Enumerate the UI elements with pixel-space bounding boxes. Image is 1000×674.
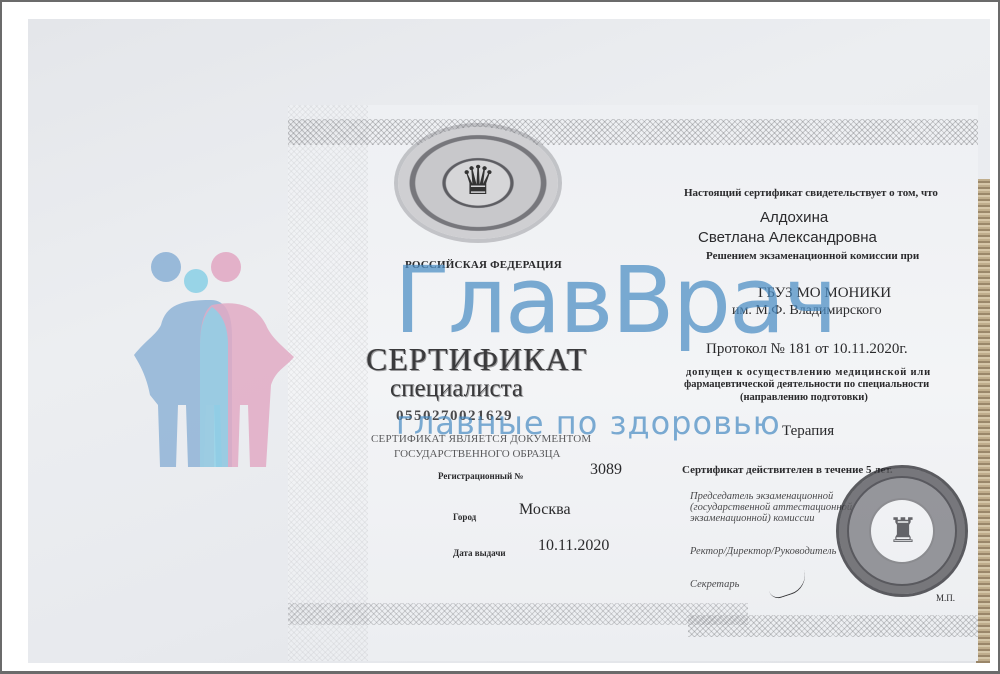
coat-of-arms-emblem: ♛ bbox=[398, 127, 558, 239]
watermark-title: ГлавВрач bbox=[394, 251, 836, 351]
admission-line3: (направлению подготовки) bbox=[740, 392, 868, 403]
image-frame: ♛ РОССИЙСКАЯ ФЕДЕРАЦИЯ СЕРТИФИКАТ специа… bbox=[0, 0, 1000, 674]
holder-surname: Алдохина bbox=[760, 209, 828, 226]
seal-mark: М.П. bbox=[936, 593, 955, 603]
rector-label: Ректор/Директор/Руководитель bbox=[690, 546, 836, 557]
holder-given-names: Светлана Александровна bbox=[698, 229, 877, 246]
glavvrach-logo-icon bbox=[116, 245, 326, 467]
admission-line2: фармацевтической деятельности по специал… bbox=[684, 379, 929, 390]
specialist-certificate: ♛ РОССИЙСКАЯ ФЕДЕРАЦИЯ СЕРТИФИКАТ специа… bbox=[288, 105, 978, 661]
document-note-line2: ГОСУДАРСТВЕННОГО ОБРАЗЦА bbox=[394, 448, 561, 460]
certificate-photo: ♛ РОССИЙСКАЯ ФЕДЕРАЦИЯ СЕРТИФИКАТ специа… bbox=[28, 19, 990, 663]
security-band-top bbox=[288, 119, 978, 145]
certificate-intro: Настоящий сертификат свидетельствует о т… bbox=[684, 187, 938, 199]
city-label: Город bbox=[453, 512, 476, 522]
issue-date-value: 10.11.2020 bbox=[538, 537, 609, 555]
admission-line1: допущен к осуществлению медицинской или bbox=[686, 367, 931, 378]
registration-label: Регистрационный № bbox=[438, 471, 523, 481]
secretary-label: Секретарь bbox=[690, 579, 739, 590]
city-value: Москва bbox=[519, 501, 571, 519]
chair-label-line3: экзаменационной) комиссии bbox=[690, 513, 815, 524]
specialty: Терапия bbox=[782, 423, 834, 440]
watermark-subtitle: главные по здоровью bbox=[396, 403, 781, 443]
double-headed-eagle-icon: ♛ bbox=[459, 155, 497, 207]
secretary-signature bbox=[766, 569, 810, 600]
seal-emblem-icon: ♜ bbox=[883, 508, 923, 556]
security-band-bottom-left bbox=[288, 603, 748, 625]
wooden-surface-edge bbox=[976, 179, 990, 663]
registration-number: 3089 bbox=[590, 461, 622, 479]
security-band-bottom-right bbox=[688, 615, 978, 637]
certificate-subtitle: специалиста bbox=[390, 375, 523, 403]
validity-statement: Сертификат действителен в течение 5 лет. bbox=[682, 464, 893, 476]
chair-label-line1: Председатель экзаменационной bbox=[690, 491, 833, 502]
issue-date-label: Дата выдачи bbox=[453, 548, 506, 558]
official-seal-stamp: ♜ bbox=[836, 465, 968, 597]
chair-label-line2: (государственной аттестационной bbox=[690, 502, 852, 513]
